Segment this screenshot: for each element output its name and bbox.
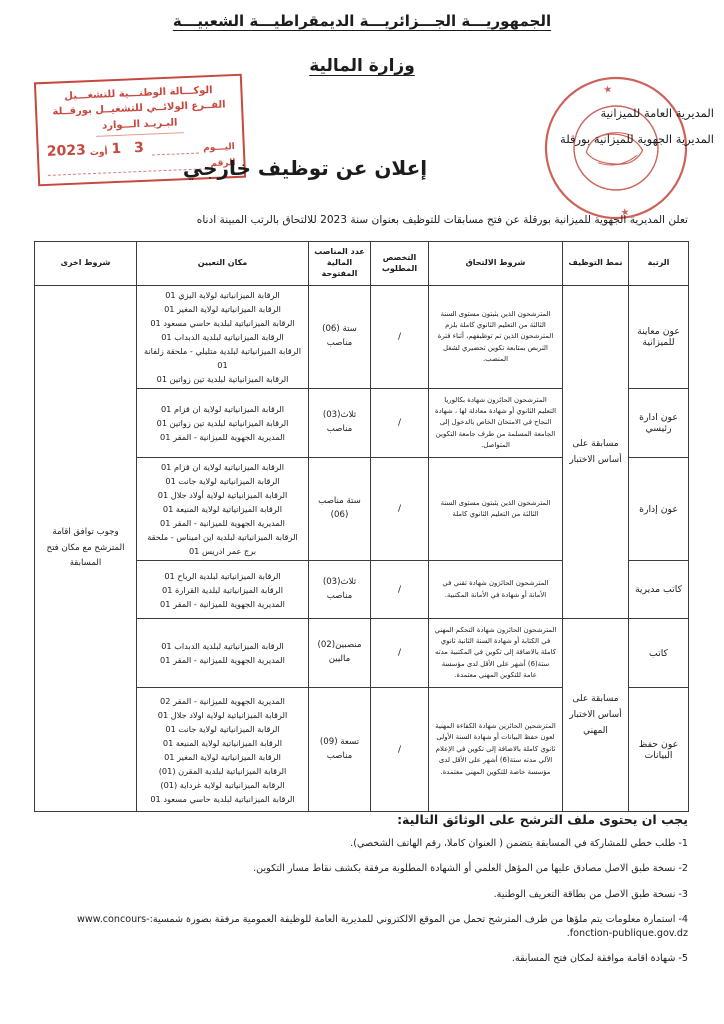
conditions-cell: المترشحون الحائزون شهادة تقني في الأمانة… [429,561,563,619]
column-header: شروط اخرى [35,242,137,286]
recruitment-mode-cell: مسابقة على أساس الاختبار [563,286,629,619]
column-header: مكان التعيين [137,242,309,286]
positions-count-cell: ثلاث(03) مناصب [309,389,371,458]
stamp-star-top: ★ [603,84,613,96]
location-line: المديرية الجهوية للميزانية - المقر 01 [140,653,305,667]
document-item: 2- نسخة طبق الاصل مصادق عليها من المؤهل … [36,862,688,875]
rank-cell: عون حفظ البيانات [629,688,689,812]
location-line: الرقابة الميزانياتية لولاية جانت 01 [140,722,305,736]
location-line: الرقابة الميزانياتية لبلدية الرباح 01 [140,569,305,583]
locations-cell: الرقابة الميزانياتية لولاية ان قزام 01ال… [137,458,309,561]
location-line: الرقابة الميزانياتية لبلدية المقرن (01) [140,764,305,778]
documents-heading: يجب ان يحتوى ملف الترشح على الوثائق التا… [36,812,688,827]
positions-count-cell: منصبين(02) ماليين [309,619,371,688]
location-line: الرقابة الميزانياتية لبلدية القرارة 01 [140,583,305,597]
announcement-title: إعلان عن توظيف خارجي [150,156,460,180]
location-line: الرقابة الميزانياتية لبلدية متليلي - ملح… [140,344,305,372]
location-line: الرقابة الميزانياتية لولاية غرداية (01) [140,778,305,792]
location-line: الرقابة الميزانياتية لولاية جانت 01 [140,474,305,488]
document-item: 1- طلب خطي للمشاركة في المسابقة يتضمن ( … [36,837,688,850]
document-item: 4- استمارة معلومات يتم ملؤها من طرف المت… [36,913,688,940]
locations-cell: المديرية الجهوية للميزانية - المقر 02الر… [137,688,309,812]
stamp-day-value: 3 1 [111,140,148,158]
stamp-dotted-line [152,143,200,156]
positions-count-cell: تسعة (09) مناصب [309,688,371,812]
location-line: الرقابة الميزانياتية لولاية ان قزام 01 [140,402,305,416]
specialty-cell: / [371,389,429,458]
conditions-cell: المترشحين الحائزين شهادة الكفاءة المهنية… [429,688,563,812]
locations-cell: الرقابة الميزانياتية لولاية ان قزام 01ال… [137,389,309,458]
official-round-stamp-icon: المديرية الجهوية للميزانية بورقلة ★ المد… [528,60,704,236]
location-line: الرقابة الميزانياتية لولاية ان قزام 01 [140,460,305,474]
positions-count-cell: ستة مناصب (06) [309,458,371,561]
conditions-cell: المترشحون الذين يثبتون مستوى السنة الثال… [429,458,563,561]
conditions-cell: المترشحون الحائزون شهادة التحكم المهني ف… [429,619,563,688]
location-line: الرقابة الميزانياتية لبلدية الدبداب 01 [140,639,305,653]
scanned-announcement-page: الجمهوريـــة الجـــزائريـــة الديمقراطيـ… [0,0,724,1024]
other-conditions-cell: وجوب توافق اقامة المترشح مع مكان فتح الم… [35,286,137,812]
location-line: المديرية الجهوية للميزانية - المقر 01 [140,430,305,444]
location-line: الرقابة الميزانياتية لولاية اليزي 01 [140,288,305,302]
rank-cell: كاتب [629,619,689,688]
positions-count-cell: ثلاث(03) مناصب [309,561,371,619]
specialty-cell: / [371,619,429,688]
positions-count-cell: ستة (06) مناصب [309,286,371,389]
document-item: 3- نسخة طبق الاصل من بطاقة التعريف الوطن… [36,888,688,901]
recruitment-table: الرتبةنمط التوظيفشروط الالتحاقالتخصص الم… [34,241,689,812]
stamp-day-label: اليـــوم [203,142,235,153]
location-line: المديرية الجهوية للميزانية - المقر 01 [140,516,305,530]
specialty-cell: / [371,286,429,389]
conditions-cell: المترشحون الحائزون شهادة بكالوريا التعلي… [429,389,563,458]
location-line: الرقابة الميزانياتية لبلدية حاسي مسعود 0… [140,316,305,330]
location-line: الرقابة الميزانياتية لبلدية حاسي مسعود 0… [140,792,305,806]
rank-cell: عون إدارة [629,458,689,561]
stamp-incoming-mail-label: البـريـد الـــوارد [96,114,184,137]
stamp-month: أوت [90,147,108,158]
column-header: نمط التوظيف [563,242,629,286]
column-header: عدد المناصب المالية المفتوحة [309,242,371,286]
stamp-center-emblem [584,130,644,169]
specialty-cell: / [371,561,429,619]
locations-cell: الرقابة الميزانياتية لبلدية الرباح 01الر… [137,561,309,619]
location-line: الرقابة الميزانياتية لولاية المغير 01 [140,302,305,316]
location-line: الرقابة الميزانياتية لبلدية تين زواتين 0… [140,416,305,430]
table-header-row: الرتبةنمط التوظيفشروط الالتحاقالتخصص الم… [35,242,689,286]
location-line: الرقابة الميزانياتية لبلدية تين زواتين 0… [140,372,305,386]
specialty-cell: / [371,688,429,812]
column-header: الرتبة [629,242,689,286]
locations-cell: الرقابة الميزانياتية لولاية اليزي 01الرق… [137,286,309,389]
recruitment-mode-cell: مسابقة على أساس الاختبار المهني [563,619,629,812]
table-body: عون معاينة للميزانيةمسابقة على أساس الاخ… [35,286,689,812]
column-header: شروط الالتحاق [429,242,563,286]
location-line: الرقابة الميزانياتية لولاية المغير 01 [140,750,305,764]
column-header: التخصص المطلوب [371,242,429,286]
location-line: الرقابة الميزانياتية لولاية المنيعة 01 [140,736,305,750]
recruitment-table-wrapper: الرتبةنمط التوظيفشروط الالتحاقالتخصص الم… [35,241,689,812]
specialty-cell: / [371,458,429,561]
stamp-star-bottom: ★ [620,207,630,219]
location-line: الرقابة الميزانياتية لولاية اولاد جلال 0… [140,708,305,722]
location-line: الرقابة الميزانياتية لولاية أولاد جلال 0… [140,488,305,502]
location-line: الرقابة الميزانياتية لولاية المنيعة 01 [140,502,305,516]
rank-cell: كاتب مديرية [629,561,689,619]
rank-cell: عون معاينة للميزانية [629,286,689,389]
documents-list: 1- طلب خطي للمشاركة في المسابقة يتضمن ( … [36,837,688,966]
rank-cell: عون ادارة رئيسي [629,389,689,458]
locations-cell: الرقابة الميزانياتية لبلدية الدبداب 01ال… [137,619,309,688]
location-line: الرقابة الميزانياتية لبلدية الدبداب 01 [140,330,305,344]
required-documents-section: يجب ان يحتوى ملف الترشح على الوثائق التا… [36,812,688,978]
table-row: عون معاينة للميزانيةمسابقة على أساس الاخ… [35,286,689,389]
location-line: المديرية الجهوية للميزانية - المقر 02 [140,694,305,708]
republic-title: الجمهوريـــة الجـــزائريـــة الديمقراطيـ… [145,12,579,30]
location-line: الرقابة الميزانياتية لبلدية اين اميناس -… [140,530,305,558]
document-item: 5- شهادة اقامة موافقة لمكان فتح المسابقة… [36,952,688,965]
stamp-year: 2023 [47,142,87,160]
location-line: المديرية الجهوية للميزانية - المقر 01 [140,597,305,611]
conditions-cell: المترشحون الذين يثبتون مستوى السنة الثال… [429,286,563,389]
